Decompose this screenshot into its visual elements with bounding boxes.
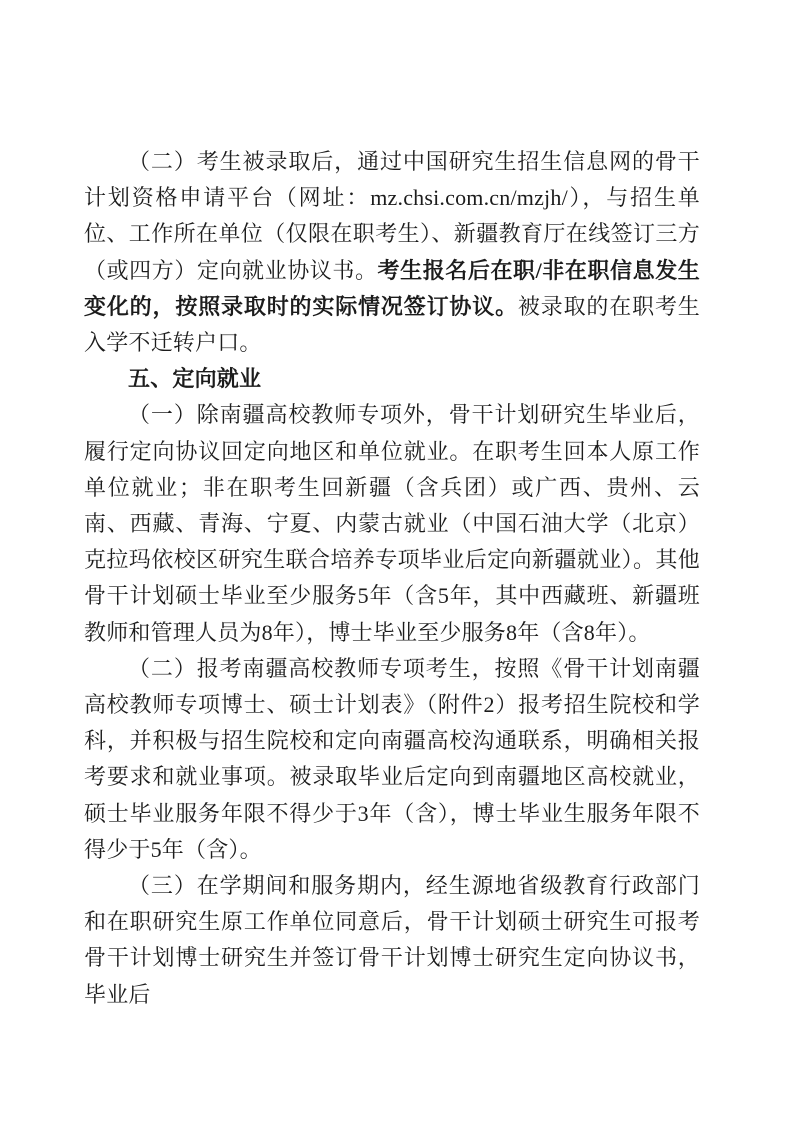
section-heading: 五、定向就业 xyxy=(84,361,700,397)
document-page: （二）考生被录取后，通过中国研究生招生信息网的骨干计划资格申请平台（网址：mz.… xyxy=(0,0,793,1122)
body-paragraph: （三）在学期间和服务期内，经生源地省级教育行政部门和在职研究生原工作单位同意后，… xyxy=(84,868,700,1013)
body-paragraph: （二）报考南疆高校教师专项考生，按照《骨干计划南疆高校教师专项博士、硕士计划表》… xyxy=(84,651,700,868)
bold-text-run: 五、定向就业 xyxy=(128,366,261,391)
text-run: （一）除南疆高校教师专项外，骨干计划研究生毕业后，履行定向协议回定向地区和单位就… xyxy=(84,402,700,644)
text-run: （二）报考南疆高校教师专项考生，按照《骨干计划南疆高校教师专项博士、硕士计划表》… xyxy=(84,656,700,862)
body-paragraph: （一）除南疆高校教师专项外，骨干计划研究生毕业后，履行定向协议回定向地区和单位就… xyxy=(84,397,700,650)
body-paragraph: （二）考生被录取后，通过中国研究生招生信息网的骨干计划资格申请平台（网址：mz.… xyxy=(84,144,700,361)
text-run: （三）在学期间和服务期内，经生源地省级教育行政部门和在职研究生原工作单位同意后，… xyxy=(84,873,700,1007)
document-content: （二）考生被录取后，通过中国研究生招生信息网的骨干计划资格申请平台（网址：mz.… xyxy=(84,144,700,1013)
